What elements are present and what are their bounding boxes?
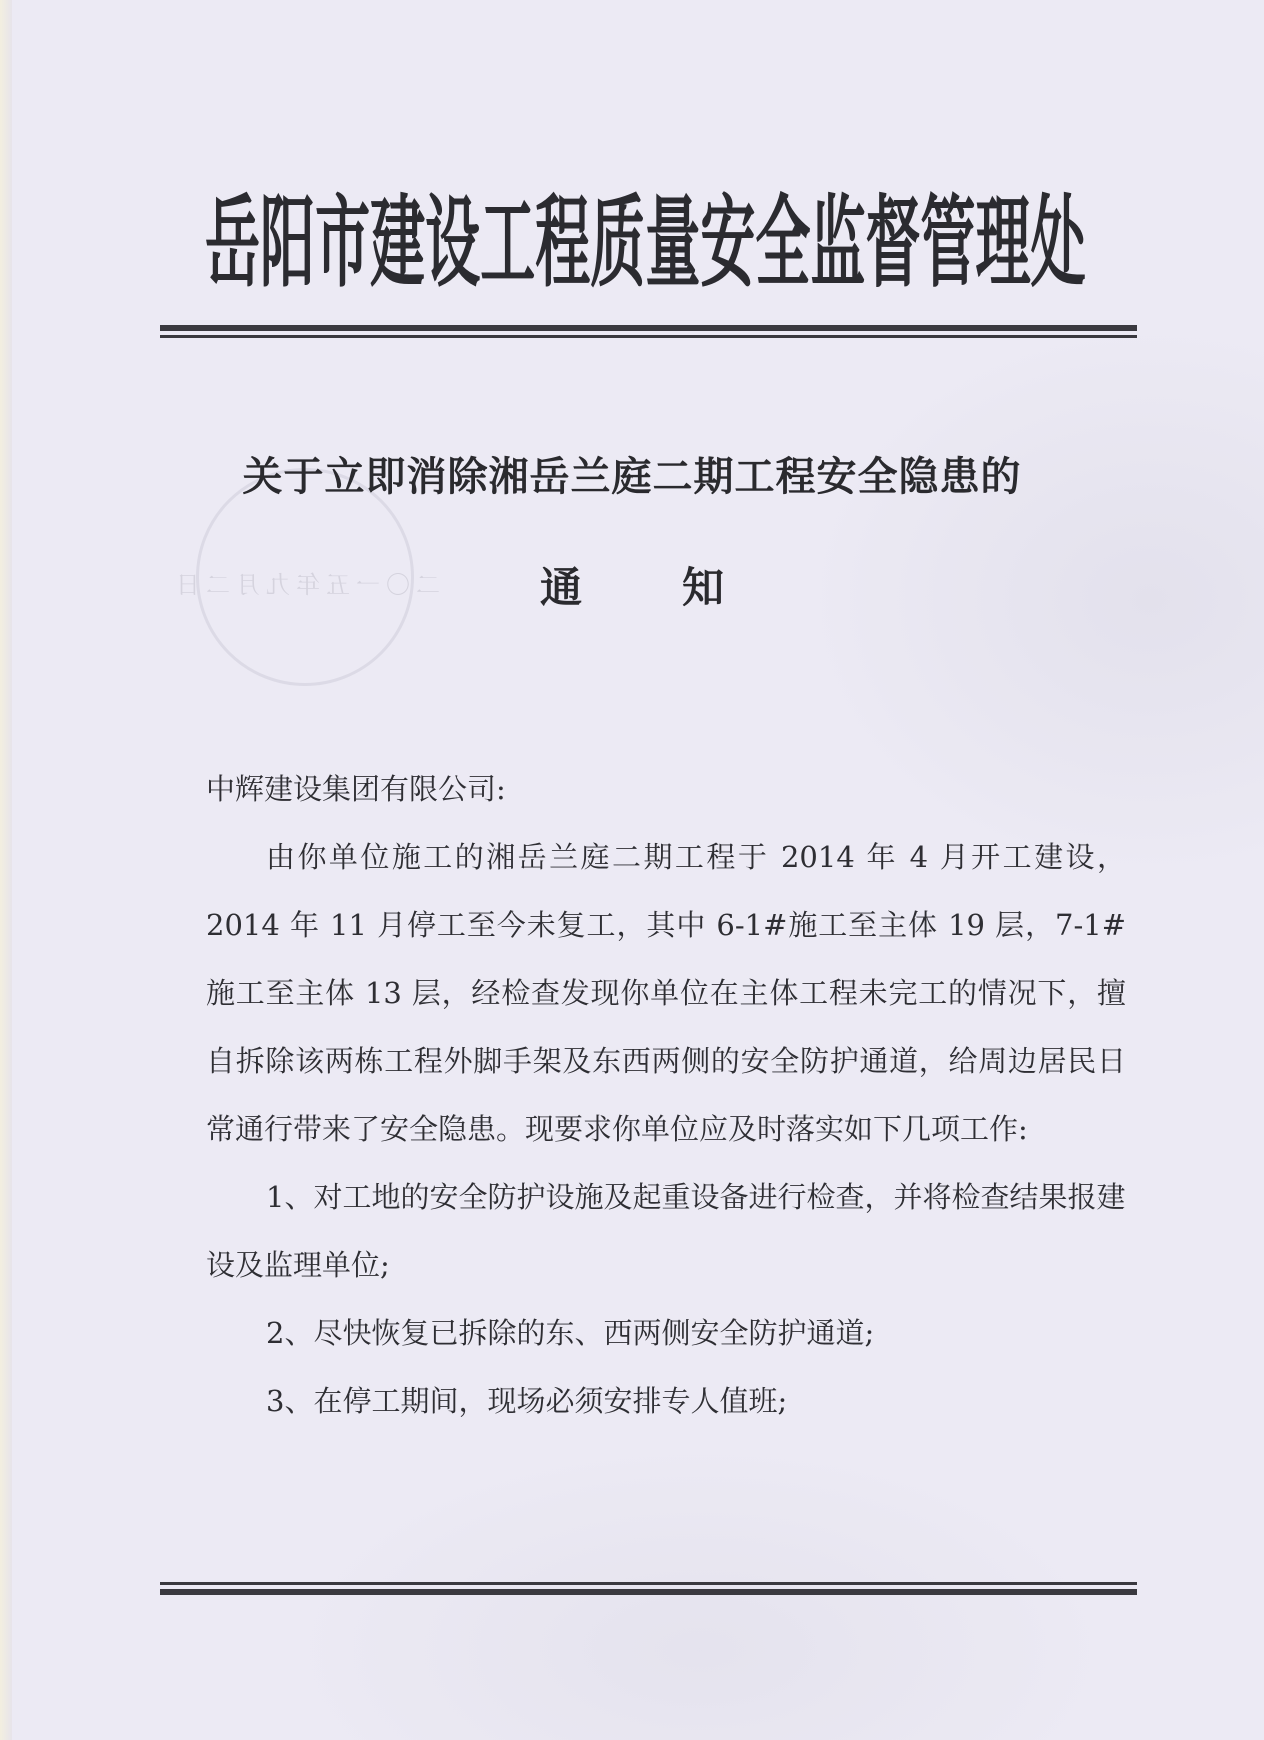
document-type-char-1: 通 bbox=[540, 555, 582, 615]
header-rule-thick bbox=[160, 325, 1137, 331]
header-rule-thin bbox=[160, 335, 1137, 338]
body-paragraph: 由你单位施工的湘岳兰庭二期工程于 2014 年 4 月开工建设，2014 年 1… bbox=[206, 823, 1126, 1163]
footer-rule-thick bbox=[160, 1589, 1137, 1595]
requirement-item-2: 2、尽快恢复已拆除的东、西两侧安全防护通道; bbox=[206, 1299, 1126, 1367]
document-body: 中辉建设集团有限公司: 由你单位施工的湘岳兰庭二期工程于 2014 年 4 月开… bbox=[206, 755, 1126, 1435]
page-edge-strip bbox=[0, 0, 12, 1740]
footer-rule-thin bbox=[160, 1582, 1137, 1585]
document-type-title: 通知 bbox=[0, 555, 1264, 615]
requirement-item-3: 3、在停工期间，现场必须安排专人值班; bbox=[206, 1367, 1126, 1435]
document-subject: 关于立即消除湘岳兰庭二期工程安全隐患的 bbox=[0, 445, 1264, 502]
requirement-item-1: 1、对工地的安全防护设施及起重设备进行检查，并将检查结果报建设及监理单位; bbox=[206, 1163, 1126, 1299]
organization-name: 岳阳市建设工程质量安全监督管理处 bbox=[205, 164, 1086, 307]
document-type-char-2: 知 bbox=[682, 555, 724, 615]
addressee: 中辉建设集团有限公司: bbox=[206, 755, 1126, 823]
letterhead: 岳阳市建设工程质量安全监督管理处 bbox=[205, 170, 1095, 300]
